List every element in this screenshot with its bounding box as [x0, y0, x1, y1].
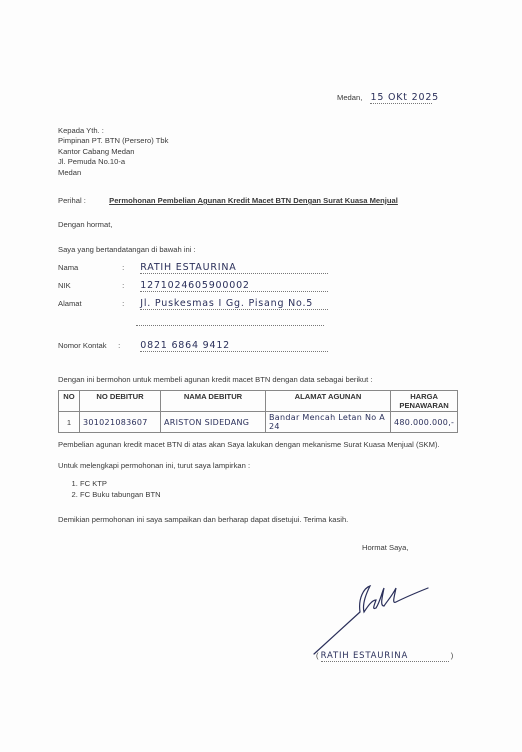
field-address: Alamat : Jl. Puskesmas I Gg. Pisang No.5: [58, 298, 328, 310]
recipient-block: Kepada Yth. : Pimpinan PT. BTN (Persero)…: [58, 126, 168, 178]
table-header-row: NO NO DEBITUR NAMA DEBITUR ALAMAT AGUNAN…: [59, 391, 458, 412]
date-line: Medan, 15 OKt 2025: [337, 92, 432, 104]
greeting: Dengan hormat,: [58, 220, 112, 229]
subject-line: Perihal : Permohonan Pembelian Agunan Kr…: [58, 196, 398, 205]
field-name: Nama : RATIH ESTAURINA: [58, 262, 328, 274]
table-row: 1 301021083607 ARISTON SIDEDANG Bandar M…: [59, 412, 458, 433]
collateral-table: NO NO DEBITUR NAMA DEBITUR ALAMAT AGUNAN…: [58, 390, 458, 433]
colon: :: [122, 263, 138, 272]
address-value: Jl. Puskesmas I Gg. Pisang No.5: [140, 298, 328, 310]
salutation: Hormat Saya,: [362, 543, 408, 552]
col-harga-penawaran: HARGA PENAWARAN: [391, 391, 458, 412]
intro-text: Saya yang bertandatangan di bawah ini :: [58, 245, 196, 254]
address-label: Alamat: [58, 299, 120, 308]
field-contact: Nomor Kontak : 0821 6864 9412: [58, 340, 328, 352]
closing-text: Demikian permohonan ini saya sampaikan d…: [58, 515, 348, 524]
cell-no-debitur: 301021083607: [80, 412, 161, 433]
request-text: Dengan ini bermohon untuk membeli agunan…: [58, 375, 373, 384]
recipient-line: Kantor Cabang Medan: [58, 147, 168, 157]
name-value: RATIH ESTAURINA: [140, 262, 328, 274]
date-value: 15 OKt 2025: [370, 92, 432, 104]
nik-value: 1271024605900002: [140, 280, 328, 292]
signatory-name-line: ( RATIH ESTAURINA ): [316, 651, 453, 662]
attachment-item: FC KTP: [80, 478, 161, 489]
cell-harga-penawaran: 480.000.000,-: [391, 412, 458, 433]
field-address-line2: [136, 316, 324, 328]
nik-label: NIK: [58, 281, 120, 290]
place: Medan,: [337, 93, 362, 102]
recipient-line: Medan: [58, 168, 168, 178]
close-paren: ): [451, 651, 454, 660]
recipient-line: Jl. Pemuda No.10-a: [58, 157, 168, 167]
colon: :: [122, 281, 138, 290]
attachments-list: FC KTP FC Buku tabungan BTN: [58, 478, 161, 500]
contact-label: Nomor Kontak: [58, 341, 116, 350]
recipient-line: Pimpinan PT. BTN (Persero) Tbk: [58, 136, 168, 146]
colon: :: [122, 299, 138, 308]
colon: :: [118, 341, 138, 350]
attachments-intro: Untuk melengkapi permohonan ini, turut s…: [58, 461, 250, 470]
open-paren: (: [316, 651, 319, 660]
col-no: NO: [59, 391, 80, 412]
address-line2-value: [136, 316, 324, 326]
field-nik: NIK : 1271024605900002: [58, 280, 328, 292]
col-alamat-agunan: ALAMAT AGUNAN: [266, 391, 391, 412]
subject-label: Perihal :: [58, 196, 107, 205]
attachment-item: FC Buku tabungan BTN: [80, 489, 161, 500]
name-label: Nama: [58, 263, 120, 272]
subject-title: Permohonan Pembelian Agunan Kredit Macet…: [109, 196, 398, 205]
cell-alamat-agunan: Bandar Mencah Letan No A 24: [266, 412, 391, 433]
cell-no: 1: [59, 412, 80, 433]
signature-mark: [300, 578, 440, 658]
contact-value: 0821 6864 9412: [140, 340, 328, 352]
mechanism-text: Pembelian agunan kredit macet BTN di ata…: [58, 440, 478, 450]
col-nama-debitur: NAMA DEBITUR: [161, 391, 266, 412]
cell-nama-debitur: ARISTON SIDEDANG: [161, 412, 266, 433]
recipient-line: Kepada Yth. :: [58, 126, 168, 136]
col-no-debitur: NO DEBITUR: [80, 391, 161, 412]
signatory-name: RATIH ESTAURINA: [321, 651, 449, 662]
